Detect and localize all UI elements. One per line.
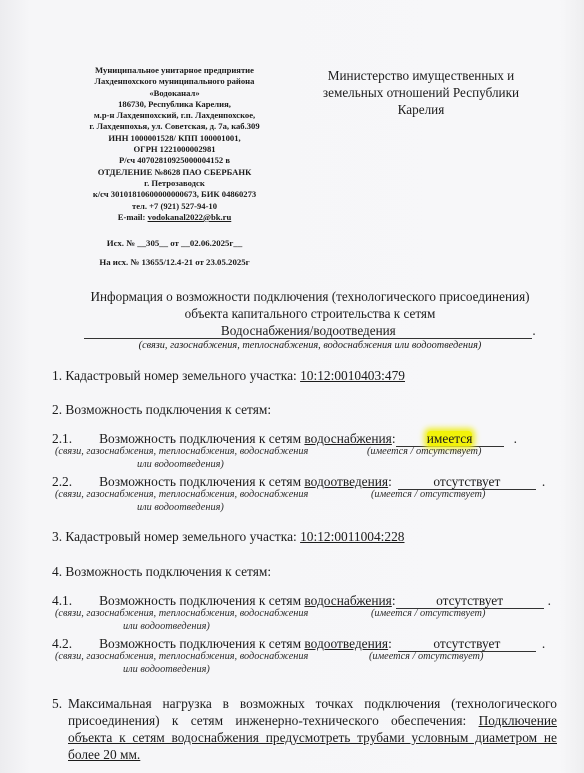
- recipient-line: Министерство имущественных и: [296, 67, 546, 84]
- sender-line: тел. +7 (921) 527-94-10: [62, 201, 287, 212]
- hint-network-type: (связи, газоснабжения, теплоснабжения, в…: [55, 607, 308, 620]
- section-1-label: 1. Кадастровый номер земельного участка:: [52, 368, 300, 383]
- title-network-field: Водоснабжения/водоотведения: [84, 323, 532, 339]
- hint-availability: (имеется / отсутствует): [371, 607, 485, 620]
- hint-network-type: (связи, газоснабжения, теплоснабжения, в…: [55, 488, 308, 501]
- section-5-body: Максимальная нагрузка в возможных точках…: [68, 695, 557, 763]
- cadastral-number-2: 10:12:0011004:228: [300, 529, 404, 544]
- reference-block: Исх. № __305__ от __02.06.2025г__ На исх…: [62, 234, 287, 272]
- item-text: Возможность подключения к сетям: [99, 431, 304, 446]
- item-number: 2.1.: [52, 431, 72, 446]
- sender-line: г. Лахденпохья, ул. Советская, д. 7а, ка…: [62, 121, 287, 132]
- recipient-block: Министерство имущественных и земельных о…: [296, 67, 546, 118]
- sender-line: ОГРН 1221000002981: [62, 144, 287, 155]
- item-text: Возможность подключения к сетям: [99, 593, 304, 608]
- hint-network-type-cont: или водоотведения): [123, 620, 210, 633]
- outgoing-ref: Исх. № __305__ от __02.06.2025г__: [62, 234, 287, 253]
- section-1: 1. Кадастровый номер земельного участка:…: [52, 367, 405, 384]
- section-4: 4. Возможность подключения к сетям:: [52, 563, 271, 580]
- section-3-label: 3. Кадастровый номер земельного участка:: [52, 529, 300, 544]
- recipient-line: земельных отношений Республики: [296, 84, 546, 101]
- sender-line: «Водоканал»: [62, 88, 287, 99]
- sender-letterhead: Муниципальное унитарное предприятие Лахд…: [62, 65, 287, 272]
- network-name: водоотведения: [304, 636, 388, 651]
- hint-network-type-cont: или водоотведения): [137, 501, 224, 514]
- network-name: водоотведения: [304, 474, 388, 489]
- email-label: E-mail:: [118, 212, 148, 222]
- sender-line: ОТДЕЛЕНИЕ №8628 ПАО СБЕРБАНК: [62, 167, 287, 178]
- hint-network-type-cont: или водоотведения): [123, 663, 210, 676]
- title-line-1: Информация о возможности подключения (те…: [40, 288, 580, 305]
- incoming-ref: На исх. № 13655/12.4-21 от 23.05.2025г: [62, 253, 287, 272]
- network-name: водоснабжения: [304, 593, 391, 608]
- hint-availability: (имеется / отсутствует): [369, 650, 483, 663]
- hint-network-type: (связи, газоснабжения, теплоснабжения, в…: [55, 650, 308, 663]
- document-title: Информация о возможности подключения (те…: [40, 288, 580, 353]
- email-link[interactable]: vodokanal2022@bk.ru: [148, 212, 232, 222]
- title-hint: (связи, газоснабжения, теплоснабжения, в…: [40, 339, 580, 353]
- availability-value-highlighted: имеется: [427, 431, 473, 446]
- item-number: 4.1.: [52, 593, 72, 608]
- item-number: 4.2.: [52, 636, 72, 651]
- item-text: Возможность подключения к сетям: [99, 636, 304, 651]
- sender-line: Лахденпохского муниципального района: [62, 76, 287, 87]
- network-name: водоснабжения: [304, 431, 391, 446]
- sender-line: к/сч 30101810600000000673, БИК 04860273: [62, 189, 287, 200]
- hint-availability: (имеется / отсутствует): [371, 488, 485, 501]
- sender-line: ИНН 1000001528/ КПП 100001001,: [62, 133, 287, 144]
- bleed-through-watermark: [395, 22, 403, 56]
- title-line-2: объекта капитального строительства к сет…: [40, 305, 580, 322]
- sender-line: 186730, Республика Карелия,: [62, 99, 287, 110]
- sender-line: Р/сч 40702810925000004152 в: [62, 155, 287, 166]
- hint-availability: (имеется / отсутствует): [367, 445, 481, 458]
- document-page: Муниципальное унитарное предприятие Лахд…: [0, 0, 584, 773]
- hint-network-type: (связи, газоснабжения, теплоснабжения, в…: [55, 445, 308, 458]
- item-number: 2.2.: [52, 474, 72, 489]
- item-text: Возможность подключения к сетям: [99, 474, 304, 489]
- hint-network-type-cont: или водоотведения): [137, 458, 224, 471]
- cadastral-number-1: 10:12:0010403:479: [300, 368, 405, 383]
- sender-line: Муниципальное унитарное предприятие: [62, 65, 287, 76]
- section-5-number: 5.: [52, 695, 62, 712]
- recipient-line: Карелия: [296, 101, 546, 118]
- sender-line: м.р-н Лахденпохский, г.п. Лахденпохское,: [62, 110, 287, 121]
- sender-line: г. Петрозаводск: [62, 178, 287, 189]
- sender-email-line: E-mail: vodokanal2022@bk.ru: [62, 212, 287, 223]
- section-2: 2. Возможность подключения к сетям:: [52, 401, 271, 418]
- section-3: 3. Кадастровый номер земельного участка:…: [52, 528, 405, 545]
- section-5: 5. Максимальная нагрузка в возможных точ…: [52, 695, 557, 763]
